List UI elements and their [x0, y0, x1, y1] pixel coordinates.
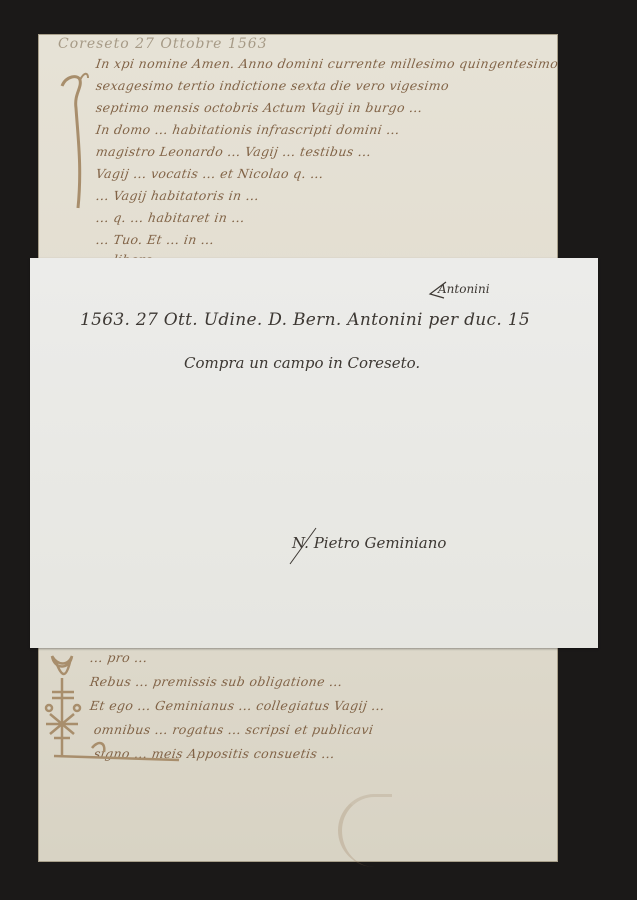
- note-signature-bottom: N. Pietro Geminiano: [292, 534, 446, 552]
- parchment-line: sexagesimo tertio indictione sexta die v…: [95, 78, 450, 93]
- parchment-line: septimo mensis octobris Actum Vagij in b…: [95, 100, 424, 115]
- note-line-date: 1563. 27 Ott. Udine. D. Bern. Antonini p…: [80, 310, 530, 330]
- decorated-initial-icon: [60, 58, 90, 218]
- signature-flourish-icon: [428, 280, 448, 300]
- parchment-line: ... q. ... habitaret in ...: [95, 210, 246, 225]
- parchment-line: ... Vagij habitatoris in ...: [95, 188, 260, 203]
- parchment-line: In xpi nomine Amen. Anno domini currente…: [95, 56, 559, 71]
- archival-note: Antonini 1563. 27 Ott. Udine. D. Bern. A…: [30, 258, 598, 648]
- note-line-description: Compra un campo in Coreseto.: [184, 354, 420, 372]
- parchment-line: In domo ... habitationis infrascripti do…: [95, 122, 401, 137]
- parchment-line: Vagij ... vocatis ... et Nicolao q. ...: [95, 166, 325, 181]
- parchment-heading: Coreseto 27 Ottobre 1563: [58, 36, 268, 52]
- parchment-line: ... Tuo. Et ... in ...: [95, 232, 215, 247]
- notary-signum-icon: [44, 652, 184, 772]
- parchment-line: magistro Leonardo ... Vagij ... testibus…: [95, 144, 372, 159]
- ink-stain: [338, 794, 392, 867]
